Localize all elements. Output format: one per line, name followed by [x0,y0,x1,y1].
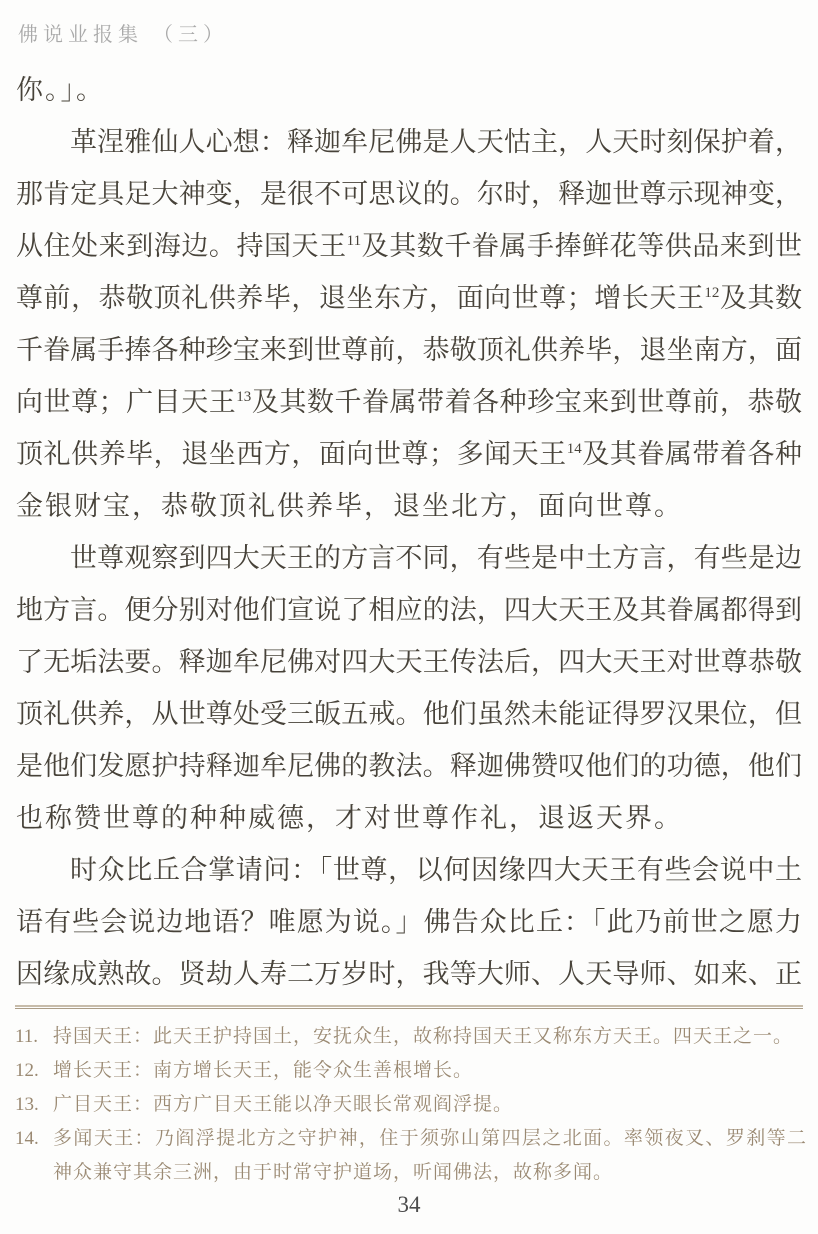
text-line: 了无垢法要。释迦牟尼佛对四大天王传法后，四大天王对世尊恭敬 [16,636,802,688]
footnote-item: 13.广目天王：西方广目天王能以净天眼长常观阎浮提。 [15,1088,807,1122]
footnote-item: 12.增长天王：南方增长天王，能令众生善根增长。 [15,1054,807,1088]
document-page: 佛说业报集 （三） 你。」。革涅雅仙人心想：释迦牟尼佛是人天怙主，人天时刻保护着… [0,0,818,1234]
paragraph: 时众比丘合掌请问：「世尊，以何因缘四大天王有些会说中土语有些会说边地语？唯愿为说… [16,844,802,1000]
paragraph: 世尊观察到四大天王的方言不同，有些是中土方言，有些是边地方言。便分别对他们宣说了… [16,532,802,844]
footnote-item: 14.多闻天王：乃阎浮提北方之守护神，住于须弥山第四层之北面。率领夜叉、罗刹等二… [15,1122,807,1190]
text-line: 时众比丘合掌请问：「世尊，以何因缘四大天王有些会说中土 [16,844,802,896]
text-line: 顶礼供养，从世尊处受三皈五戒。他们虽然未能证得罗汉果位，但 [16,688,802,740]
text-line: 你。」。 [16,64,802,116]
footnote-number: 11. [15,1020,53,1054]
text-line: 尊前，恭敬顶礼供养毕，退坐东方，面向世尊；增长天王12及其数 [16,272,802,324]
text-line: 语有些会说边地语？唯愿为说。」佛告众比丘：「此乃前世之愿力 [16,896,802,948]
footnote-text: 增长天王：南方增长天王，能令众生善根增长。 [53,1054,807,1088]
text-line: 地方言。便分别对他们宣说了相应的法，四大天王及其眷属都得到 [16,584,802,636]
text-line: 世尊观察到四大天王的方言不同，有些是中土方言，有些是边 [16,532,802,584]
footnote-reference: 14 [567,441,582,457]
text-line: 也称赞世尊的种种威德，才对世尊作礼，退返天界。 [16,792,802,844]
footnote-separator [15,1005,803,1009]
running-header: 佛说业报集 （三） [18,18,228,47]
paragraph: 革涅雅仙人心想：释迦牟尼佛是人天怙主，人天时刻保护着，那肯定具足大神变，是很不可… [16,116,802,532]
footnote-reference: 13 [236,389,251,405]
text-line: 向世尊；广目天王13及其数千眷属带着各种珍宝来到世尊前，恭敬 [16,376,802,428]
text-line: 从住处来到海边。持国天王11及其数千眷属手捧鲜花等供品来到世 [16,220,802,272]
footnote-number: 13. [15,1088,53,1122]
text-line: 金银财宝，恭敬顶礼供养毕，退坐北方，面向世尊。 [16,480,802,532]
body-text: 你。」。革涅雅仙人心想：释迦牟尼佛是人天怙主，人天时刻保护着，那肯定具足大神变，… [16,64,802,1000]
text-line: 那肯定具足大神变，是很不可思议的。尔时，释迦世尊示现神变， [16,168,802,220]
footnote-reference: 11 [347,233,361,249]
text-line: 是他们发愿护持释迦牟尼佛的教法。释迦佛赞叹他们的功德，他们 [16,740,802,792]
footnote-text: 持国天王：此天王护持国土，安抚众生，故称持国天王又称东方天王。四天王之一。 [53,1020,807,1054]
text-line: 因缘成熟故。贤劫人寿二万岁时，我等大师、人天导师、如来、正 [16,948,802,1000]
text-line: 千眷属手捧各种珍宝来到世尊前，恭敬顶礼供养毕，退坐南方，面 [16,324,802,376]
text-line: 革涅雅仙人心想：释迦牟尼佛是人天怙主，人天时刻保护着， [16,116,802,168]
footnotes: 11.持国天王：此天王护持国土，安抚众生，故称持国天王又称东方天王。四天王之一。… [15,1020,807,1190]
footnote-number: 14. [15,1122,53,1156]
footnote-text: 广目天王：西方广目天王能以净天眼长常观阎浮提。 [53,1088,807,1122]
footnote-text: 多闻天王：乃阎浮提北方之守护神，住于须弥山第四层之北面。率领夜叉、罗刹等二神众兼… [53,1122,807,1190]
text-line: 顶礼供养毕，退坐西方，面向世尊；多闻天王14及其眷属带着各种 [16,428,802,480]
footnote-item: 11.持国天王：此天王护持国土，安抚众生，故称持国天王又称东方天王。四天王之一。 [15,1020,807,1054]
footnote-reference: 12 [704,285,719,301]
page-number: 34 [0,1192,818,1218]
footnote-number: 12. [15,1054,53,1088]
paragraph: 你。」。 [16,64,802,116]
